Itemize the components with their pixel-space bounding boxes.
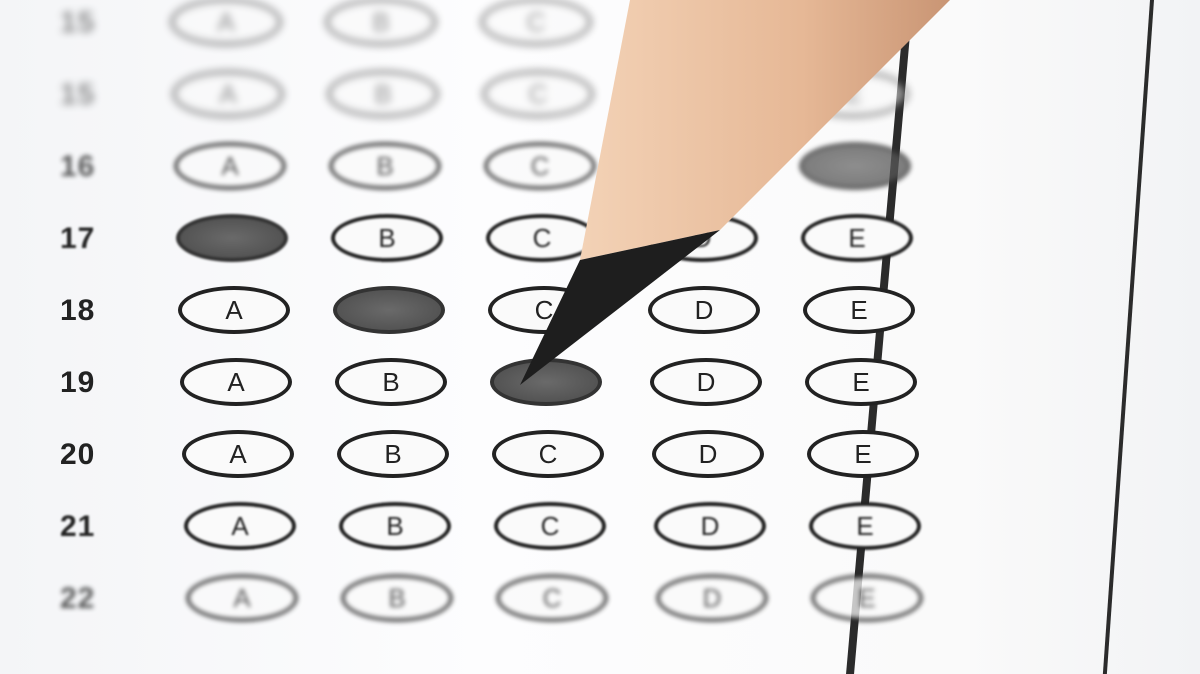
answer-row: 17ABCDE — [0, 208, 1000, 268]
question-number: 16 — [60, 150, 140, 184]
answer-row: 15ABCDE — [0, 0, 1000, 52]
answer-bubble-c[interactable]: C — [480, 0, 592, 46]
answer-bubble-d[interactable]: D — [640, 0, 752, 46]
answer-bubble-d[interactable]: D — [650, 358, 762, 406]
answer-bubble-b[interactable]: B — [325, 0, 437, 46]
answer-bubble-d[interactable]: D — [642, 70, 754, 118]
answer-bubble-a[interactable]: A — [184, 502, 296, 550]
answer-bubble-d[interactable]: D — [656, 574, 768, 622]
answer-bubble-a[interactable]: A — [178, 286, 290, 334]
question-number: 20 — [60, 438, 140, 472]
answer-bubble-b[interactable]: B — [337, 430, 449, 478]
answer-bubble-e[interactable]: E — [807, 430, 919, 478]
question-number: 19 — [60, 366, 140, 400]
answer-bubble-e[interactable]: E — [805, 358, 917, 406]
answer-bubble-e[interactable]: E — [795, 0, 907, 46]
answer-bubble-c[interactable]: C — [496, 574, 608, 622]
answer-row: 15ABCDE — [0, 64, 1000, 124]
answer-bubble-e[interactable]: E — [809, 502, 921, 550]
answer-bubble-d[interactable]: D — [654, 502, 766, 550]
answer-bubble-e[interactable]: E — [801, 214, 913, 262]
answer-row: 20ABCDE — [0, 424, 1000, 484]
answer-bubble-b[interactable]: B — [333, 286, 445, 334]
answer-bubble-d[interactable]: D — [648, 286, 760, 334]
answer-bubble-c[interactable]: C — [488, 286, 600, 334]
answer-bubble-e[interactable]: E — [803, 286, 915, 334]
answer-bubble-d[interactable]: D — [646, 214, 758, 262]
answer-sheet: 15ABCDE15ABCDE16ABCDE17ABCDE18ABCDE19ABC… — [0, 0, 1200, 674]
answer-bubble-c[interactable]: C — [492, 430, 604, 478]
answer-bubble-a[interactable]: A — [170, 0, 282, 46]
answer-row: 19ABCDE — [0, 352, 1000, 412]
answer-bubble-e[interactable]: E — [797, 70, 909, 118]
answer-bubble-e[interactable]: E — [799, 142, 911, 190]
answer-bubble-c[interactable]: C — [484, 142, 596, 190]
answer-row: 18ABCDE — [0, 280, 1000, 340]
answer-bubble-c[interactable]: C — [482, 70, 594, 118]
answer-bubble-a[interactable]: A — [176, 214, 288, 262]
answer-bubble-c[interactable]: C — [494, 502, 606, 550]
answer-bubble-c[interactable]: C — [490, 358, 602, 406]
answer-row: 16ABCDE — [0, 136, 1000, 196]
answer-bubble-a[interactable]: A — [180, 358, 292, 406]
answer-bubble-a[interactable]: A — [182, 430, 294, 478]
answer-bubble-b[interactable]: B — [335, 358, 447, 406]
sheet-border-line — [1103, 0, 1154, 674]
answer-bubble-e[interactable]: E — [811, 574, 923, 622]
answer-bubble-c[interactable]: C — [486, 214, 598, 262]
question-number: 15 — [60, 78, 140, 112]
answer-bubble-d[interactable]: D — [644, 142, 756, 190]
answer-bubble-b[interactable]: B — [329, 142, 441, 190]
question-number: 18 — [60, 294, 140, 328]
answer-row: 21ABCDE — [0, 496, 1000, 556]
answer-bubble-b[interactable]: B — [339, 502, 451, 550]
question-number: 22 — [60, 582, 140, 616]
question-number: 21 — [60, 510, 140, 544]
answer-bubble-d[interactable]: D — [652, 430, 764, 478]
answer-row: 22ABCDE — [0, 568, 1000, 628]
answer-bubble-b[interactable]: B — [327, 70, 439, 118]
question-number: 17 — [60, 222, 140, 256]
question-number: 15 — [60, 6, 140, 40]
answer-bubble-b[interactable]: B — [331, 214, 443, 262]
answer-bubble-a[interactable]: A — [174, 142, 286, 190]
answer-bubble-a[interactable]: A — [172, 70, 284, 118]
answer-bubble-a[interactable]: A — [186, 574, 298, 622]
answer-bubble-b[interactable]: B — [341, 574, 453, 622]
